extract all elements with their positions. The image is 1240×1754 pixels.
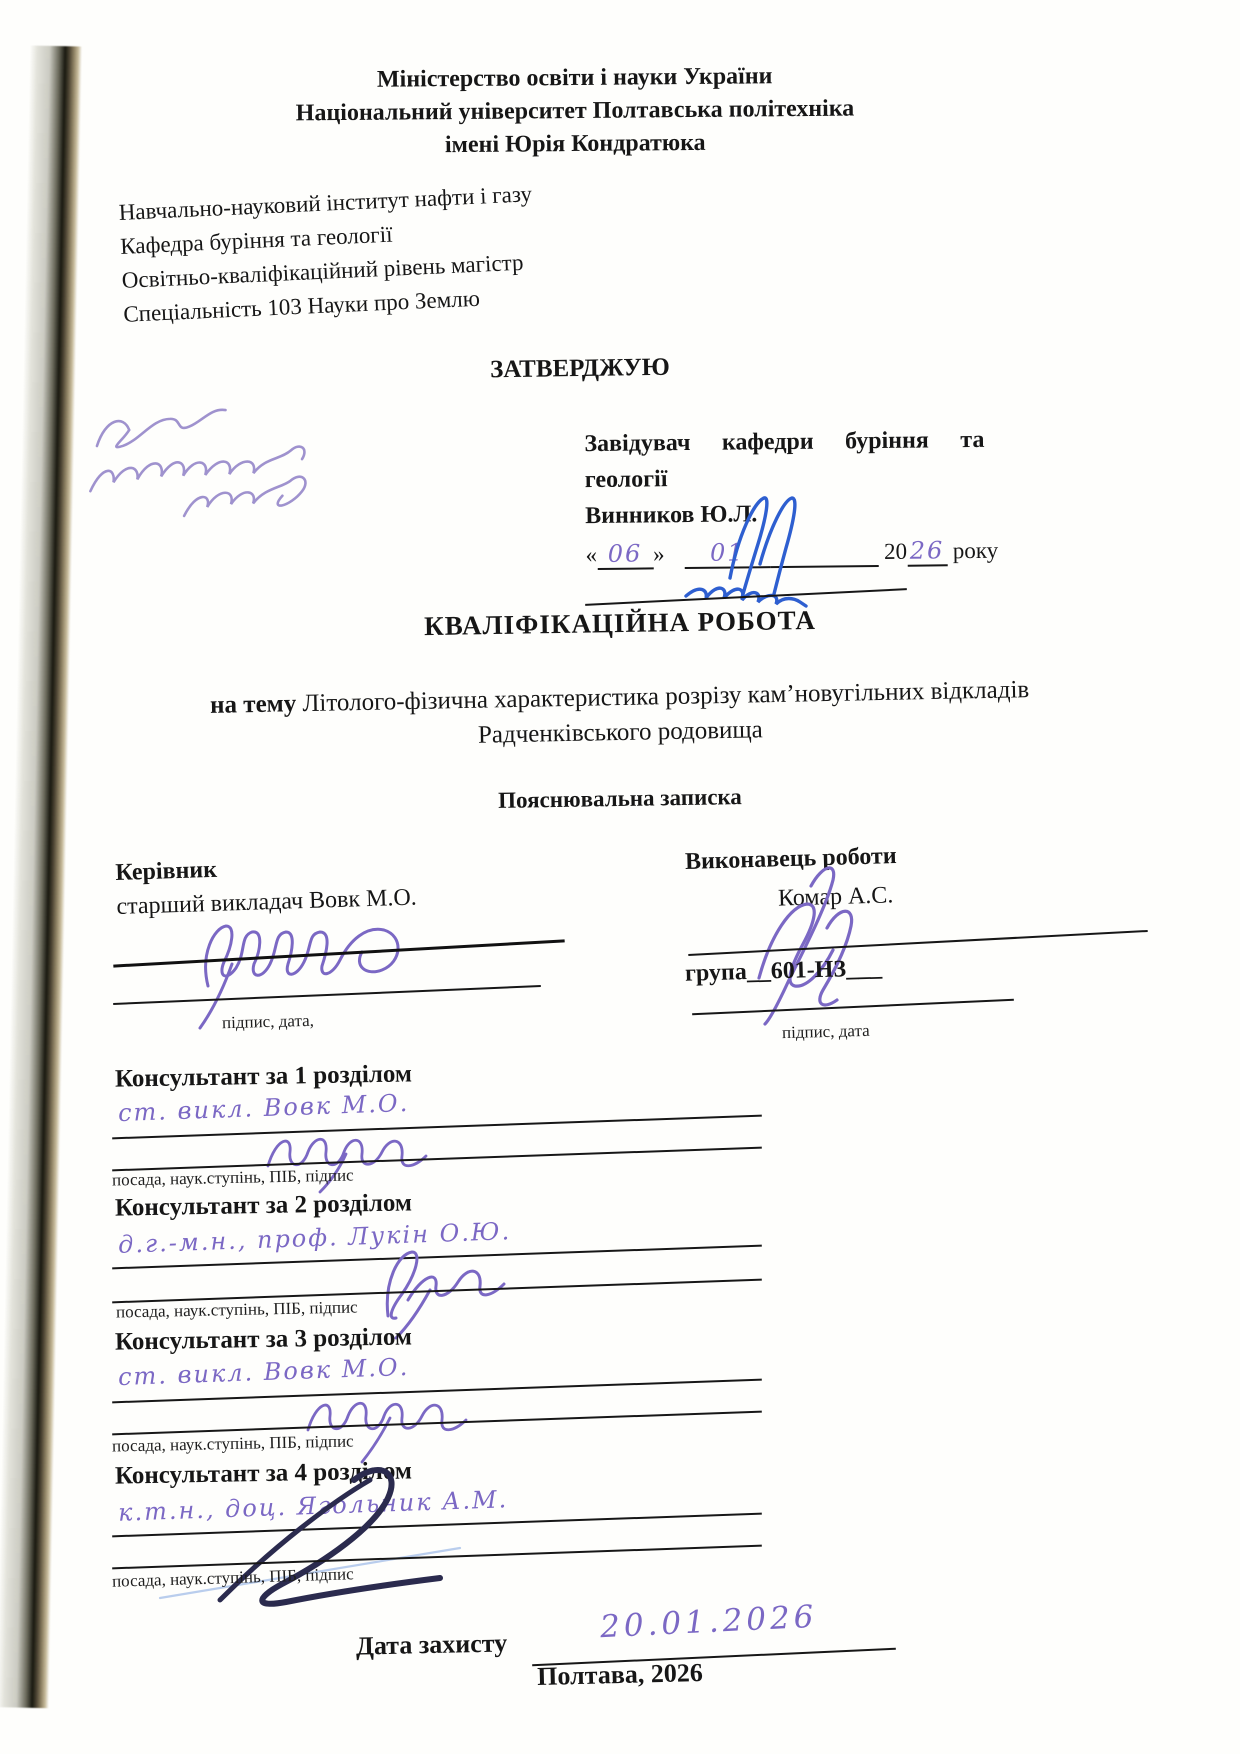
executor-group-line: група__601-НЗ___ [685,955,883,987]
scanned-title-page: Міністерство освіти і науки України Наці… [0,0,1240,1754]
scan-edge-artifact [0,45,82,1708]
consultant-2-label: Консультант за 2 розділом [115,1189,412,1222]
approval-year-handwritten: 26 [907,536,947,566]
city-year: Полтава, 2026 [170,1649,1070,1701]
defense-date-label: Дата захисту [356,1628,508,1661]
stamp-signature [75,383,351,546]
note-type: Пояснювальна записка [170,779,1070,819]
supervisor-caption: підпис, дата, [222,1011,314,1033]
executor-caption: підпис, дата [782,1021,870,1043]
topic-label: на тему [210,690,297,719]
institute-block: Навчально-науковий інститут нафти і газу… [118,163,843,332]
consultant-3-label: Консультант за 3 розділом [115,1323,412,1356]
work-type-title: КВАЛІФІКАЦІЙНА РОБОТА [170,601,1070,646]
approval-year-suffix: року [953,538,999,563]
approval-position-line1: Завідувач кафедри буріння та [584,422,984,462]
supervisor-signature [170,900,460,1030]
defense-date-handwritten: 20.01.2026 [599,1599,818,1646]
quote-close: » [653,541,665,566]
consultant-2-signature [330,1242,520,1322]
topic-block: на тему Літолого-фізична характеристика … [69,669,1170,760]
approve-stamp-label: ЗАТВЕРДЖУЮ [430,353,730,385]
university-line2: імені Юрія Кондратюка [130,124,1020,165]
consultant-1-caption: посада, наук.ступінь, ПІБ, підпис [112,1165,354,1190]
approval-day-handwritten: 06 [597,539,653,570]
ministry-header: Міністерство освіти і науки України Наці… [130,58,1021,165]
consultant-1-label: Консультант за 1 розділом [115,1060,412,1093]
consultant-2-caption: посада, наук.ступінь, ПІБ, підпис [116,1297,358,1322]
quote-open: « [585,542,597,567]
